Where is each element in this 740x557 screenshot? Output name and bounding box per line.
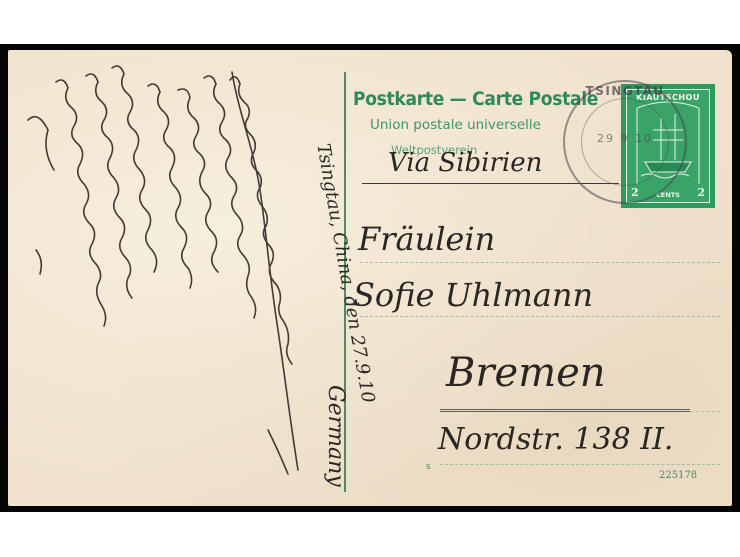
printed-title: Postkarte — Carte Postale <box>353 88 598 110</box>
address-line-3 <box>360 316 720 317</box>
postmark-date: 29 9 10 <box>587 132 663 145</box>
printed-subtitle: Union postale universelle <box>370 117 541 133</box>
handwritten-recipient-title: Fräulein <box>358 220 495 258</box>
postmark-city: TSINGTAU <box>583 84 667 98</box>
postmark-cancellation: TSINGTAU 29 9 10 <box>563 80 687 204</box>
postcard: Postkarte — Carte Postale Union postale … <box>8 50 732 506</box>
serial-number: 225178 <box>659 470 697 481</box>
handwritten-route: Via Sibirien <box>388 148 542 178</box>
address-line-4 <box>440 409 690 412</box>
handwritten-recipient-name: Sofie Uhlmann <box>353 276 593 314</box>
address-line-2 <box>360 262 720 263</box>
address-line-4-tail <box>690 411 720 412</box>
address-prefix: s <box>426 462 431 472</box>
handwritten-city: Bremen <box>446 350 606 396</box>
handwritten-country: Germany <box>323 385 348 487</box>
handwritten-message <box>8 50 344 506</box>
stamp-value-right: 2 <box>697 186 705 199</box>
handwritten-street: Nordstr. 138 II. <box>438 422 673 457</box>
address-line-5 <box>440 464 720 465</box>
